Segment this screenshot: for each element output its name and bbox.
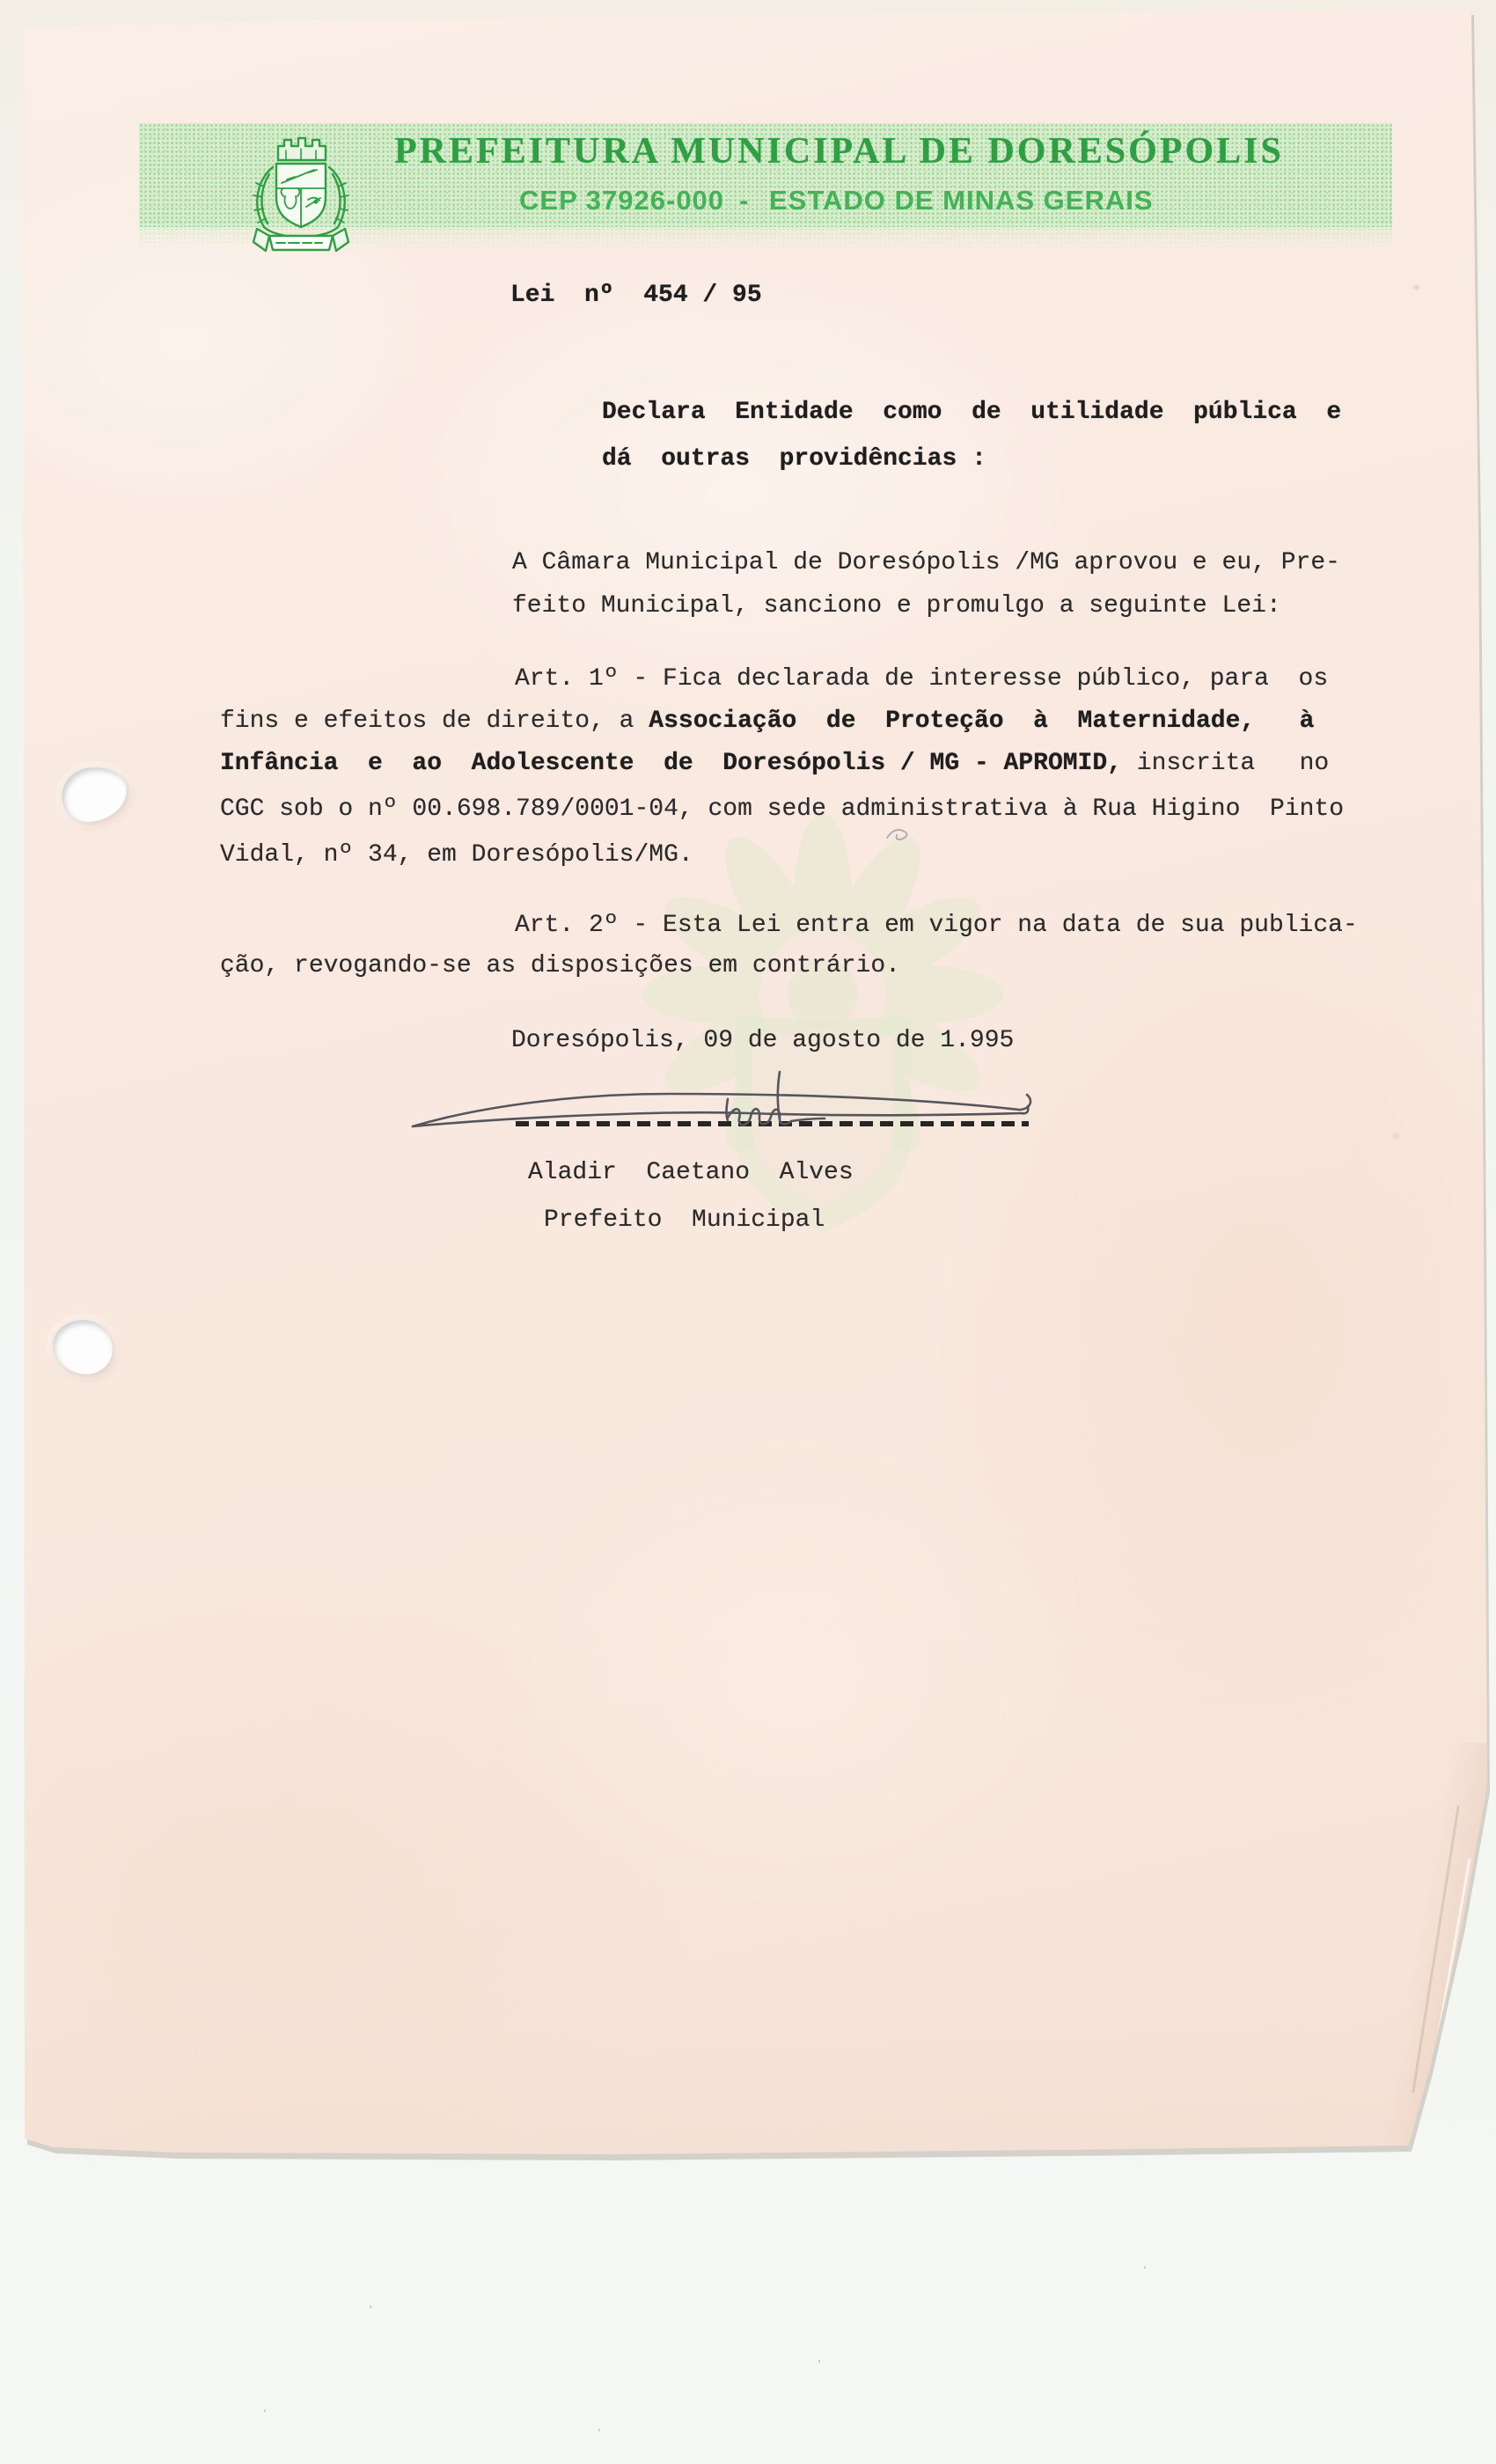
pencil-mark-icon [884, 825, 913, 845]
paper-sheet: PREFEITURA MUNICIPAL DE DORESÓPOLIS CEP … [0, 0, 1496, 2464]
article-1-line-2: fins e efeitos de direito, a Associação … [220, 707, 1314, 737]
article-1-line-3-bold: Infância e ao Adolescente de Doresópolis… [220, 750, 1122, 777]
article-1-line-1: Art. 1º - Fica declarada de interesse pú… [515, 664, 1328, 694]
municipal-crest-icon [225, 125, 377, 270]
scanned-document-page: PREFEITURA MUNICIPAL DE DORESÓPOLIS CEP … [0, 0, 1496, 2464]
scanner-dust-specks [370, 2306, 371, 2308]
article-2-line-2: ção, revogando-se as disposições em cont… [220, 951, 900, 981]
preamble-line-1: A Câmara Municipal de Doresópolis /MG ap… [512, 548, 1340, 578]
law-number-line: Lei nº 454 / 95 [510, 281, 762, 311]
article-1-line-4: CGC sob o nº 00.698.789/0001-04, com sed… [220, 795, 1344, 825]
article-1-line-3: Infância e ao Adolescente de Doresópolis… [220, 749, 1329, 779]
article-2-line-1: Art. 2º - Esta Lei entra em vigor na dat… [515, 911, 1358, 941]
article-1-line-2-normal: fins e efeitos de direito, a [220, 708, 649, 735]
hole-punch-bottom [50, 1317, 115, 1377]
signatory-title: Prefeito Municipal [544, 1206, 825, 1236]
letterhead-state: ESTADO DE MINAS GERAIS [769, 185, 1154, 216]
letterhead-title: PREFEITURA MUNICIPAL DE DORESÓPOLIS [394, 132, 1284, 171]
article-1-line-3-normal: inscrita no [1122, 750, 1329, 777]
letterhead-cep: CEP 37926-000 [519, 185, 724, 216]
signatory-name: Aladir Caetano Alves [528, 1158, 854, 1188]
hole-punch-top [58, 763, 130, 825]
paper-stain [1390, 1132, 1402, 1140]
article-1-line-2-bold: Associação de Proteção à Maternidade, à [649, 708, 1314, 735]
summary-line-1: Declara Entidade como de utilidade públi… [602, 398, 1341, 428]
preamble-line-2: feito Municipal, sanciono e promulgo a s… [512, 591, 1281, 621]
summary-line-2: dá outras providências : [602, 444, 986, 474]
article-1-line-5: Vidal, nº 34, em Doresópolis/MG. [220, 840, 693, 870]
handwritten-signature-icon [370, 1049, 1065, 1140]
bottom-right-fold [1366, 1742, 1496, 2154]
letterhead-separator: - [739, 185, 749, 216]
paper-stain [1412, 283, 1421, 291]
